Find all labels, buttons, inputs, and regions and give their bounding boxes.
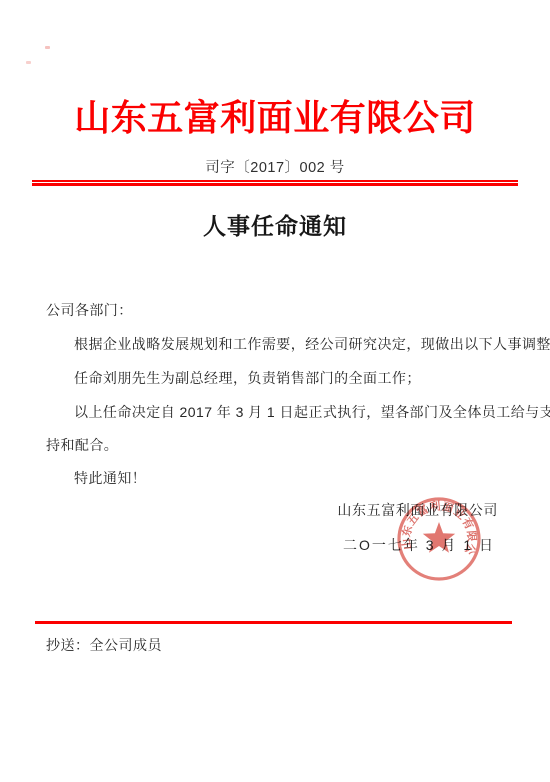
footer-divider-rule — [35, 621, 512, 624]
print-artifact-speck — [45, 46, 50, 49]
cc-distribution-line: 抄送：全公司成员 — [46, 636, 162, 654]
seal-star-icon — [423, 522, 455, 553]
body-closing-line: 特此通知！ — [74, 469, 146, 487]
body-line: 根据企业战略发展规划和工作需要，经公司研究决定，现做出以下人事调整： — [74, 335, 550, 353]
seal-curved-text-group: 山东五富利面业有限公司 — [379, 479, 479, 557]
body-line: 任命刘朋先生为副总经理，负责销售部门的全面工作； — [74, 369, 421, 387]
body-line: 以上任命决定自 2017 年 3 月 1 日起正式执行，望各部门及全体员工给与支 — [74, 403, 550, 421]
company-seal-stamp: 山东五富利面业有限公司 — [379, 479, 499, 599]
body-salutation-line: 公司各部门： — [46, 301, 133, 319]
seal-text: 山东五富利面业有限公司 — [379, 479, 479, 557]
document-reference-number: 司字〔2017〕002 号 — [0, 156, 550, 177]
notice-title: 人事任命通知 — [0, 211, 550, 241]
body-line: 持和配合。 — [46, 436, 118, 454]
company-letterhead-title: 山东五富利面业有限公司 — [0, 98, 550, 138]
document-page: 山东五富利面业有限公司 司字〔2017〕002 号 人事任命通知 公司各部门： … — [0, 0, 550, 782]
letterhead-divider-rule — [32, 180, 518, 186]
print-artifact-speck — [26, 61, 31, 64]
